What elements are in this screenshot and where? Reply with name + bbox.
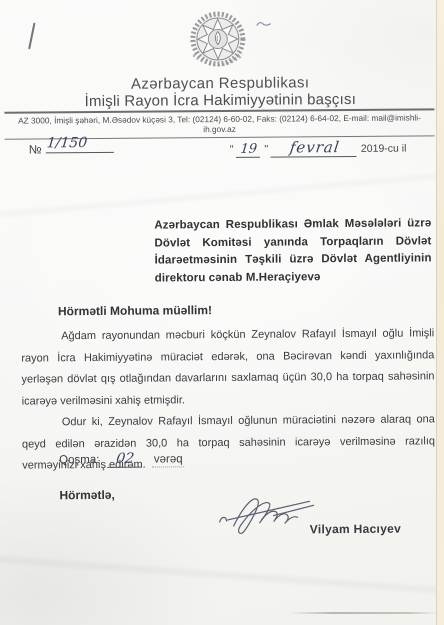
body-paragraph-1: Ağdam rayonundan məcburi köçkün Zeynalov…: [21, 323, 435, 412]
signatory-name: Vilyam Hacıyev: [310, 522, 401, 537]
date-month: fevral: [270, 138, 359, 158]
closing-line: Hörmətlə,: [59, 488, 114, 502]
org-office-title: İmişli Rayon İcra Hakimiyyətinin başçısı: [0, 90, 442, 110]
handwritten-slash-mark: [28, 23, 35, 50]
ref-number-label: №: [29, 142, 42, 156]
recipient-block: Azərbaycan Respublikası Əmlak Məsələləri…: [154, 215, 432, 287]
small-pen-mark: [256, 17, 272, 35]
attachment-count-handwritten: 02: [107, 451, 143, 468]
attachment-row: Qoşma: 02 vərəq: [59, 450, 185, 468]
scanned-letter-page: Azərbaycan Respublikası İmişli Rayon İcr…: [0, 0, 444, 625]
date-group: " 19 " fevral 2019-cu il: [230, 138, 407, 158]
salutation-line: Hörmətli Mohuma müəllim!: [58, 303, 212, 318]
reference-row: № 1/150 " 19 " fevral 2019-cu il: [0, 135, 443, 162]
ref-number-value: 1/150: [46, 135, 116, 154]
date-year: 2019-cu il: [361, 143, 407, 155]
date-day: 19: [236, 142, 262, 158]
attachment-label: Qoşma:: [59, 454, 99, 466]
attachment-unit: vərəq: [152, 453, 185, 467]
letter-content: Azərbaycan Respublikası İmişli Rayon İcr…: [0, 0, 444, 625]
date-open-quote: ": [230, 144, 234, 156]
date-close-quote: ": [264, 144, 268, 156]
